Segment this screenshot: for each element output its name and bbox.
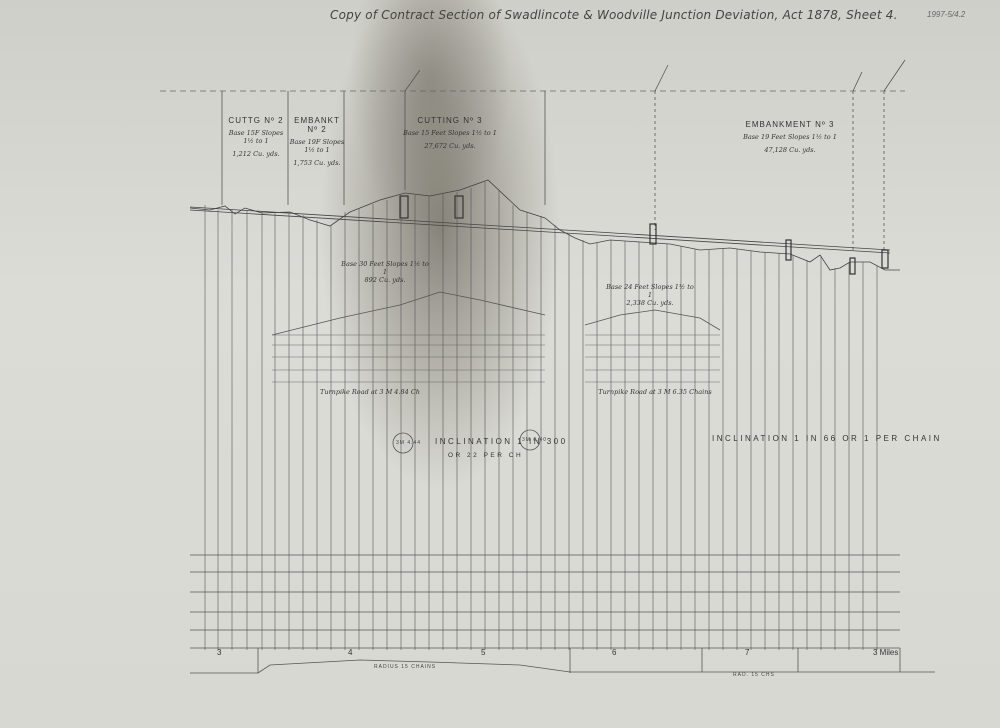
road-note-1: Turnpike Road at 3 M 4.84 Ch (310, 388, 430, 396)
section-name: EMBANKMENT Nº 3 (730, 120, 850, 129)
side-cutting-2: Base 24 Feet Slopes 1½ to 1 2,338 Cu. yd… (605, 283, 695, 307)
side-cutting-1: Base 30 Feet Slopes 1½ to 1 892 Cu. yds. (340, 260, 430, 284)
section-spec: Base 15 Feet Slopes 1½ to 1 (380, 129, 520, 137)
gradient-marker-2: 3M 6.40 (522, 437, 547, 443)
section-name: CUTTG Nº 2 (224, 116, 288, 125)
section-volume: 27,672 Cu. yds. (380, 142, 520, 150)
milepost-3: 3 (217, 648, 221, 657)
road-note-2: Turnpike Road at 3 M 6.35 Chains (595, 388, 715, 396)
section-drawing (0, 0, 1000, 728)
section-spec: Base 19 Feet Slopes 1½ to 1 (730, 133, 850, 141)
section-spec: Base 19F Slopes 1½ to 1 (288, 138, 346, 154)
section-embankment-2: EMBANKT Nº 2 Base 19F Slopes 1½ to 1 1,7… (288, 116, 346, 167)
section-volume: 1,753 Cu. yds. (288, 159, 346, 167)
milepost-5: 5 (481, 648, 485, 657)
curve-label-1: RADIUS 15 CHAINS (374, 664, 436, 670)
curve-label-2: RAD. 15 CHS (733, 672, 775, 678)
section-spec: Base 15F Slopes 1½ to 1 (224, 129, 288, 145)
side-cutting-volume: 2,338 Cu. yds. (605, 299, 695, 307)
milepost-7: 7 (745, 648, 749, 657)
section-volume: 1,212 Cu. yds. (224, 150, 288, 158)
section-cutting-2: CUTTG Nº 2 Base 15F Slopes 1½ to 1 1,212… (224, 116, 288, 158)
gradient-2: INCLINATION 1 IN 66 OR 1 PER CHAIN (712, 434, 942, 443)
gradient-1-sub: OR 22 PER CH (448, 452, 523, 459)
milepost-end: 3 Miles (873, 648, 898, 657)
side-cutting-volume: 892 Cu. yds. (340, 276, 430, 284)
gradient-1: INCLINATION 1 IN 300 (435, 437, 568, 446)
milepost-6: 6 (612, 648, 616, 657)
side-cutting-spec: Base 30 Feet Slopes 1½ to 1 (340, 260, 430, 276)
section-volume: 47,128 Cu. yds. (730, 146, 850, 154)
gradient-marker-1: 3M 4.44 (396, 440, 421, 446)
milepost-4: 4 (348, 648, 352, 657)
section-cutting-3: CUTTING Nº 3 Base 15 Feet Slopes 1½ to 1… (380, 116, 520, 150)
section-name: EMBANKT Nº 2 (288, 116, 346, 134)
section-embankment-3: EMBANKMENT Nº 3 Base 19 Feet Slopes 1½ t… (730, 120, 850, 154)
section-name: CUTTING Nº 3 (380, 116, 520, 125)
side-cutting-spec: Base 24 Feet Slopes 1½ to 1 (605, 283, 695, 299)
